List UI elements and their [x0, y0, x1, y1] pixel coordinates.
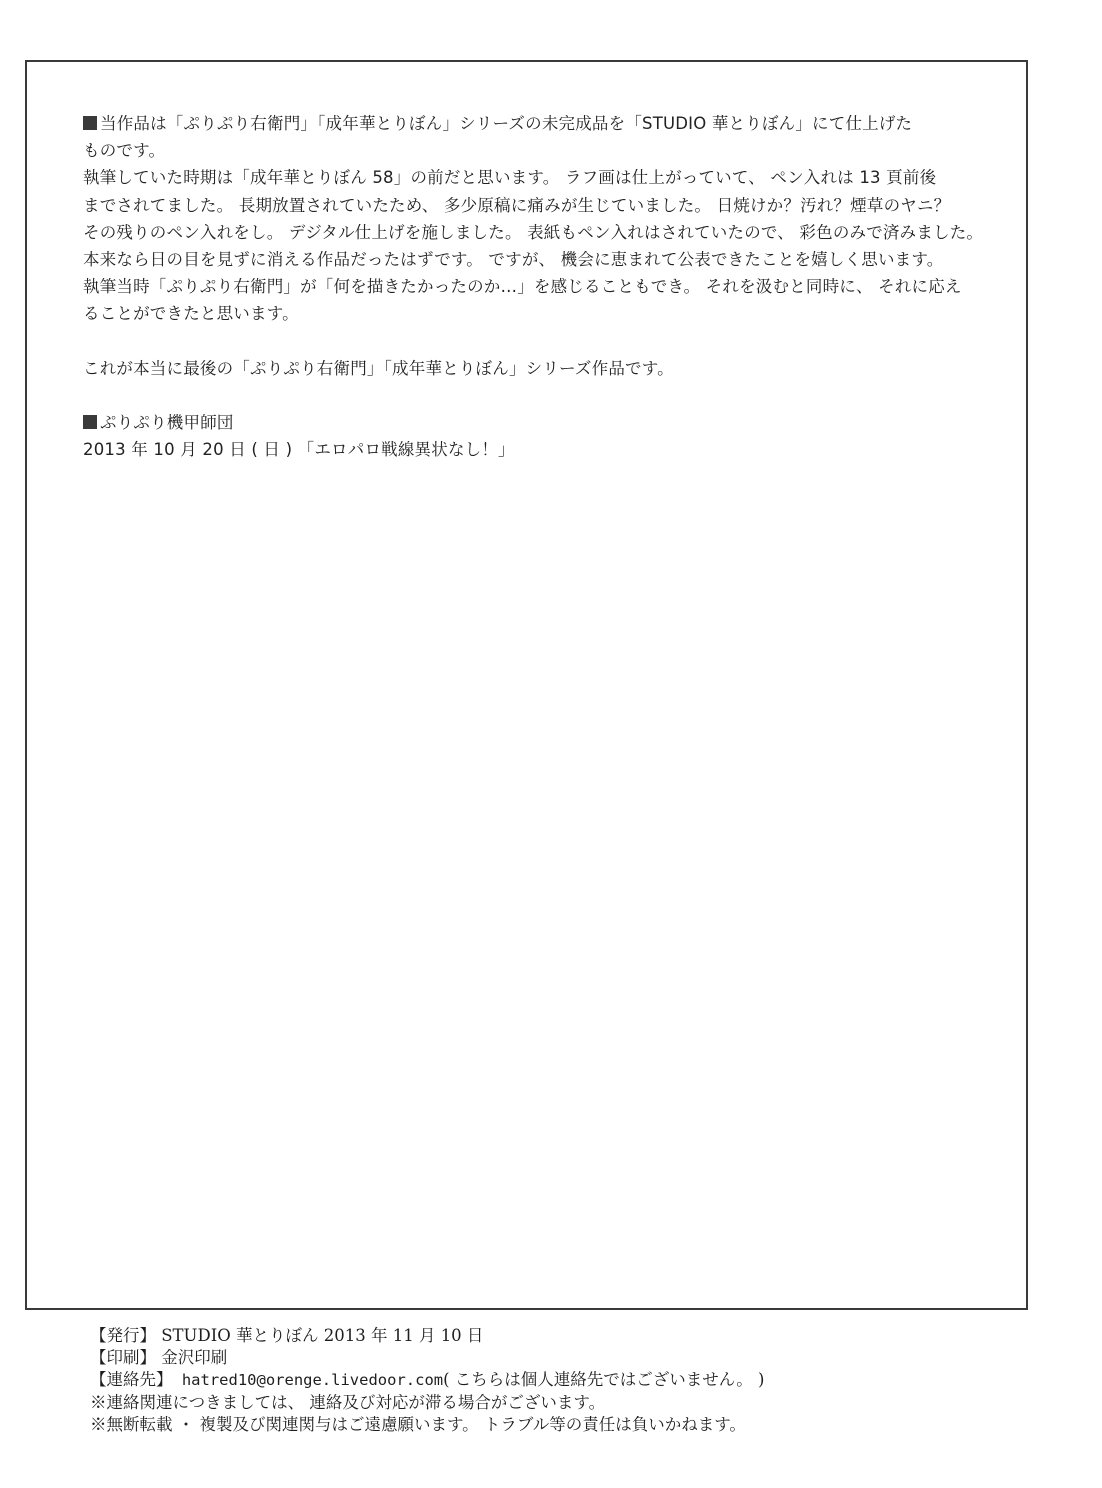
spacer	[83, 328, 1003, 355]
printer-value: 金沢印刷	[156, 1348, 227, 1367]
colophon: 【発行】 STUDIO 華とりぼん 2013 年 11 月 10 日 【印刷】 …	[90, 1325, 764, 1436]
closing-line: これが本当に最後の「ぷりぷり右衛門」「成年華とりぼん」シリーズ作品です。	[83, 355, 1003, 382]
colophon-note: ※無断転載 ・ 複製及び関連関与はご遠慮願います。 トラブル等の責任は負いかねま…	[90, 1414, 764, 1436]
contact-email[interactable]: hatred10@orenge.livedoor.com	[173, 1371, 444, 1389]
signature-date-event: 2013 年 10 月 20 日 ( 日 ) 「エロパロ戦線異状なし！」	[83, 436, 1003, 463]
colophon-publisher: 【発行】 STUDIO 華とりぼん 2013 年 11 月 10 日	[90, 1325, 764, 1347]
body-line: 本来なら日の目を見ずに消える作品だったはずです。 ですが、 機会に恵まれて公表で…	[83, 246, 1003, 273]
contact-note: ( こちらは個人連絡先ではございません。 )	[443, 1370, 764, 1389]
afterword-body: 当作品は「ぷりぷり右衛門」「成年華とりぼん」シリーズの未完成品を「STUDIO …	[83, 110, 1003, 463]
square-bullet-icon	[83, 116, 97, 130]
contact-label: 【連絡先】	[90, 1370, 173, 1389]
colophon-printer: 【印刷】 金沢印刷	[90, 1347, 764, 1369]
square-bullet-icon	[83, 415, 97, 429]
printer-label: 【印刷】	[90, 1348, 156, 1367]
body-line: 執筆していた時期は「成年華とりぼん 58」の前だと思います。 ラフ画は仕上がって…	[83, 164, 1003, 191]
signature-group: ぷりぷり機甲師団	[83, 409, 1003, 436]
spacer	[83, 382, 1003, 409]
colophon-contact: 【連絡先】 hatred10@orenge.livedoor.com( こちらは…	[90, 1369, 764, 1391]
body-line: 執筆当時「ぷりぷり右衛門」が「何を描きたかったのか…」を感じることもでき。 それ…	[83, 273, 1003, 300]
intro-line-2: ものです。	[83, 137, 1003, 164]
intro-line-1: 当作品は「ぷりぷり右衛門」「成年華とりぼん」シリーズの未完成品を「STUDIO …	[83, 110, 1003, 137]
publisher-label: 【発行】	[90, 1326, 156, 1345]
publisher-value: STUDIO 華とりぼん 2013 年 11 月 10 日	[156, 1326, 483, 1345]
colophon-note: ※連絡関連につきましては、 連絡及び対応が滞る場合がございます。	[90, 1392, 764, 1414]
body-line: ることができたと思います。	[83, 300, 1003, 327]
body-line: までされてました。 長期放置されていたため、 多少原稿に痛みが生じていました。 …	[83, 192, 1003, 219]
body-line: その残りのペン入れをし。 デジタル仕上げを施しました。 表紙もペン入れはされてい…	[83, 219, 1003, 246]
